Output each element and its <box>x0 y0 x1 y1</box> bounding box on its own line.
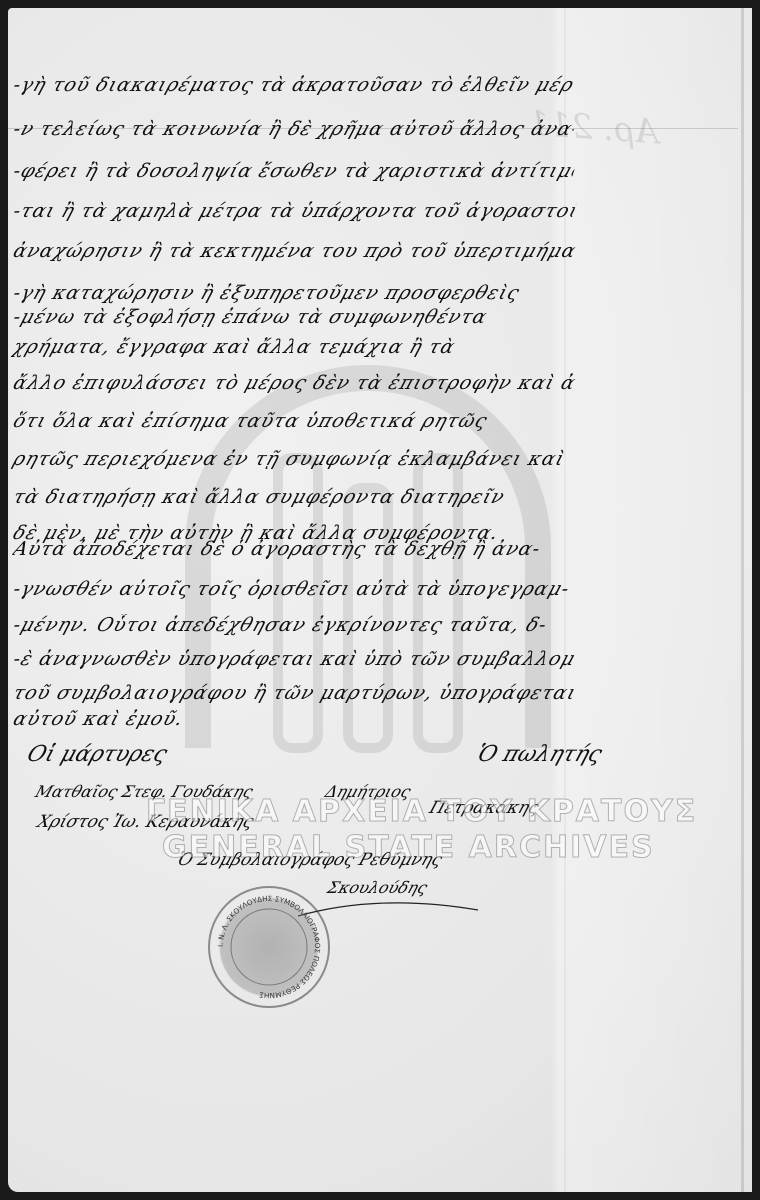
body-line: -γὴ τοῦ διακαιρέματος τὰ ἀκρατοῦσαν τὸ ἑ… <box>10 74 577 96</box>
body-line: -γὴ καταχώρησιν ἢ ἐξυπηρετοῦμεν προσφερθ… <box>10 282 577 304</box>
watermark-english: GENERAL STATE ARCHIVES <box>162 830 655 865</box>
body-line: ἄλλο ἐπιφυλάσσει τὸ μέρος δὲν τὰ ἐπιστρο… <box>10 372 577 394</box>
body-line: τοῦ συμβολαιογράφου ἢ τῶν μαρτύρων, ὑπογ… <box>10 682 577 704</box>
body-line: -ὲ ἀναγνωσθὲν ὑπογράφεται καὶ ὑπὸ τῶν συ… <box>10 648 577 670</box>
body-line: -μένην. Οὗτοι ἀπεδέχθησαν ἐγκρίνοντες τα… <box>10 614 577 636</box>
body-line: -γνωσθέν αὐτοῖς τοῖς ὁρισθεῖσι αὐτὰ τὰ ὑ… <box>10 578 577 600</box>
svg-text:Ι. Ν. Λ. ΣΚΟΥΛΟΥΔΗΣ ΣΥΜΒΟΛΑΙΟΓ: Ι. Ν. Λ. ΣΚΟΥΛΟΥΔΗΣ ΣΥΜΒΟΛΑΙΟΓΡΑΦΟΣ ΠΟΛΕ… <box>216 894 322 1000</box>
body-line: Αὐτὰ ἀποδέχεται δὲ ὁ ἀγοραστὴς τὰ δεχθῇ … <box>10 538 577 560</box>
body-line: -ν τελείως τὰ κοινωνία ἢ δὲ χρῆμα αὐτοῦ … <box>10 118 577 140</box>
body-line: τὰ διατηρήσῃ καὶ ἄλλα συμφέροντα διατηρε… <box>10 486 577 508</box>
body-line: -μένω τὰ ἐξοφλήσῃ ἐπάνω τὰ συμφωνηθέντα <box>10 306 577 328</box>
body-line: ἀναχώρησιν ἢ τὰ κεκτημένα του πρὸ τοῦ ὑπ… <box>10 240 577 262</box>
body-line: -ται ἢ τὰ χαμηλὰ μέτρα τὰ ὑπάρχοντα τοῦ … <box>10 200 577 222</box>
body-line: ὅτι ὅλα καὶ ἐπίσημα ταῦτα ὑποθετικά ρητῶ… <box>10 410 577 432</box>
seller-label: Ὁ πωλητής <box>474 742 605 767</box>
body-line: ρητῶς περιεχόμενα ἐν τῇ συμφωνίᾳ ἐκλαμβά… <box>10 448 577 470</box>
notary-seal: Ι. Ν. Λ. ΣΚΟΥΛΟΥΔΗΣ ΣΥΜΒΟΛΑΙΟΓΡΑΦΟΣ ΠΟΛΕ… <box>208 886 330 1008</box>
seal-ring-text-icon: Ι. Ν. Λ. ΣΚΟΥΛΟΥΔΗΣ ΣΥΜΒΟΛΑΙΟΓΡΑΦΟΣ ΠΟΛΕ… <box>210 888 328 1006</box>
body-line: χρήματα, ἔγγραφα καὶ ἄλλα τεμάχια ἢ τὰ <box>10 336 577 358</box>
document-page: Αρ. 211 -γὴ τοῦ διακαιρέματος τὰ ἀκρατοῦ… <box>8 8 752 1192</box>
watermark-greek: ΓΕΝΙΚΑ ΑΡΧΕΙΑ ΤΟΥ ΚΡΑΤΟΥΣ <box>146 794 697 829</box>
body-line: αὐτοῦ καὶ ἐμοῦ. <box>10 708 577 730</box>
witnesses-label: Οἱ μάρτυρες <box>24 742 170 767</box>
body-line: -φέρει ἢ τὰ δοσοληψία ἔσωθεν τὰ χαριστικ… <box>10 160 577 182</box>
page-edge <box>741 8 744 1192</box>
